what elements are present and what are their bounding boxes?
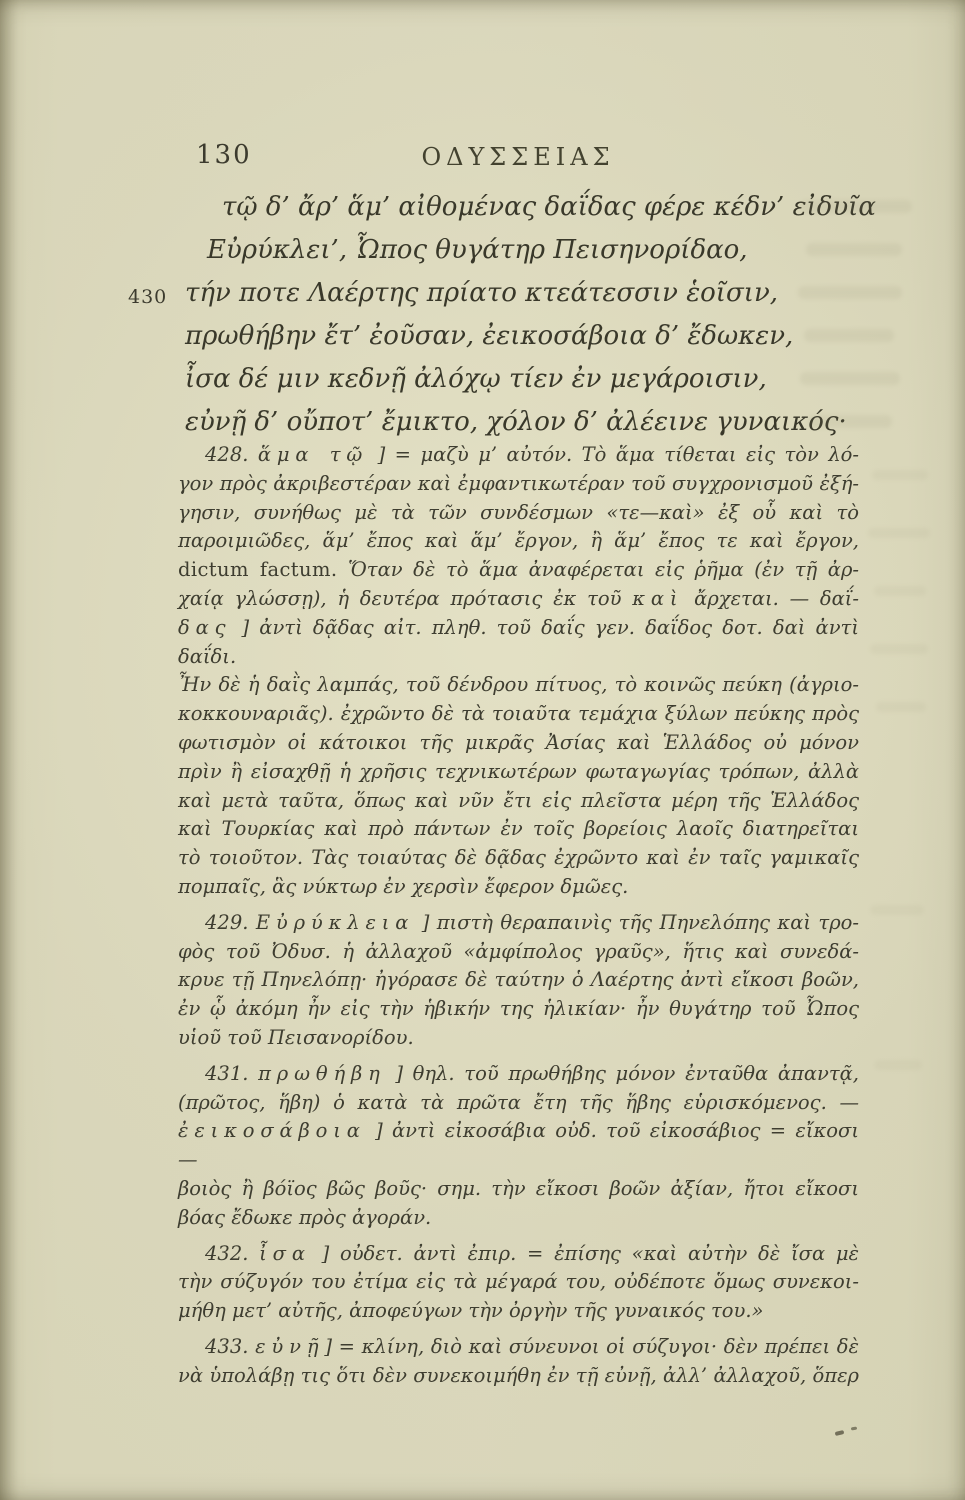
commentary-segment: καὶ Τουρκίας καὶ πρὸ πάντων ἐν τοῖς βορε… xyxy=(178,817,859,840)
commentary-segment: 432. xyxy=(205,1242,259,1265)
commentary-entry-429: 429. Εὐρύκλεια ] πιστὴ θεραπαινὶς τῆς Πη… xyxy=(178,909,859,1053)
commentary-segment: ] θηλ. τοῦ πρωθήβης μόνον ἐνταῦθα ἀπαντᾷ… xyxy=(386,1062,859,1085)
commentary-segment: βόας ἔδωκε πρὸς ἀγοράν. xyxy=(178,1206,431,1229)
lemma-text: εὐνῇ xyxy=(255,1335,324,1358)
commentary-segment: ἐν ᾧ ἀκόμη ἦν εἰς τὴν ἡβικήν της ἡλικίαν… xyxy=(178,997,859,1020)
verse-line-text: Εὐρύκλει’, Ὦπος θυγάτηρ Πεισηνορίδαο, xyxy=(185,235,748,265)
commentary-segment: ] = κλίνη, διὸ καὶ σύνευνοι οἱ σύζυγοι· … xyxy=(324,1335,859,1358)
commentary-line: παροιμιῶδες, ἅμ’ ἔπος καὶ ἅμ’ ἔργον, ἢ ἅ… xyxy=(178,527,859,556)
ink-speck xyxy=(851,1427,857,1431)
commentary-line: τὸ τοιοῦτον. Τὰς τοιαύτας δὲ δᾷδας ἐχρῶν… xyxy=(178,844,859,873)
commentary-line: dictum factum. Ὅταν δὲ τὸ ἅμα ἀναφέρεται… xyxy=(178,556,859,585)
commentary-segment: φὸς τοῦ Ὀδυσ. ἡ ἀλλαχοῦ «ἀμφίπολος γραῦς… xyxy=(178,940,859,963)
bleed-through-mark xyxy=(874,586,926,596)
commentary-segment: γον πρὸς ἀκριβεστέραν καὶ ἐμφαντικωτέραν… xyxy=(178,472,859,495)
commentary-line: 428. ἅμα τῷ ] = μαζὺ μ’ αὐτόν. Τὸ ἅμα τί… xyxy=(178,441,859,470)
commentary-segment: πομπαῖς, ἃς νύκτωρ ἐν χερσὶν ἔφερον δμῶε… xyxy=(178,875,628,898)
commentary-segment: 429. xyxy=(205,911,256,934)
commentary-segment: κοκκουναριᾶς). ἐχρῶντο δὲ τὰ τοιαῦτα τεμ… xyxy=(178,702,859,725)
commentary-segment: βοιὸς ἢ βόϊος βῶς βοῦς· σημ. τὴν εἴκοσι … xyxy=(178,1177,859,1200)
commentary-segment: πρὶν ἢ εἰσαχθῇ ἡ χρῆσις τεχνικωτέρων φωτ… xyxy=(178,760,859,783)
verse-block: τῷ δ’ ἄρ’ ἅμ’ αἰθομένας δαΐδας φέρε κέδν… xyxy=(185,186,857,444)
verse-line: πρωθήβην ἔτ’ ἐοῦσαν, ἐεικοσάβοια δ’ ἔδωκ… xyxy=(185,315,857,358)
commentary-line: μήθη μετ’ αὐτῆς, ἀποφεύγων τὴν ὀργὴν τῆς… xyxy=(178,1297,859,1326)
lemma-text: ἶσα xyxy=(259,1242,311,1265)
commentary-segment: ] ἀντὶ δᾷδας αἰτ. πληθ. τοῦ δαΐς γεν. δα… xyxy=(178,616,859,668)
commentary-line: 432. ἶσα ] οὐδετ. ἀντὶ ἐπιρ. = ἐπίσης «κ… xyxy=(178,1240,859,1269)
bleed-through-mark xyxy=(876,702,926,712)
commentary-line: βόας ἔδωκε πρὸς ἀγοράν. xyxy=(178,1204,859,1233)
commentary-line: γον πρὸς ἀκριβεστέραν καὶ ἐμφαντικωτέραν… xyxy=(178,470,859,499)
commentary-line: Ἦν δὲ ἡ δαῒς λαμπάς, τοῦ δένδρου πίτυος,… xyxy=(178,671,859,700)
commentary-line: 431. πρωθήβη ] θηλ. τοῦ πρωθήβης μόνον ἐ… xyxy=(178,1060,859,1089)
commentary-segment: κρυε τῇ Πηνελόπῃ· ἠγόρασε δὲ ταύτην ὁ Λα… xyxy=(178,968,859,991)
bleed-through-mark xyxy=(874,1060,922,1070)
ink-speck xyxy=(835,1430,845,1436)
commentary-entry-433: 433. εὐνῇ] = κλίνη, διὸ καὶ σύνευνοι οἱ … xyxy=(178,1333,859,1391)
commentary-entry-431: 431. πρωθήβη ] θηλ. τοῦ πρωθήβης μόνον ἐ… xyxy=(178,1060,859,1233)
lemma-text: καὶ xyxy=(632,587,683,610)
commentary-segment: γησιν, συνήθως μὲ τὰ τῶν συνδέσμων «τε—κ… xyxy=(178,501,859,524)
commentary-line: 429. Εὐρύκλεια ] πιστὴ θεραπαινὶς τῆς Πη… xyxy=(178,909,859,938)
verse-line-text: τήν ποτε Λαέρτης πρίατο κτεάτεσσιν ἑοῖσι… xyxy=(185,278,778,308)
commentary-segment: ] = μαζὺ μ’ αὐτόν. Τὸ ἅμα τίθεται εἰς τὸ… xyxy=(368,443,859,466)
commentary-line: πομπαῖς, ἃς νύκτωρ ἐν χερσὶν ἔφερον δμῶε… xyxy=(178,873,859,902)
commentary-line: φωτισμὸν οἱ κάτοικοι τῆς μικρᾶς Ἀσίας κα… xyxy=(178,729,859,758)
verse-line-text: τῷ δ’ ἄρ’ ἅμ’ αἰθομένας δαΐδας φέρε κέδν… xyxy=(185,192,876,222)
commentary-segment: Ὅταν δὲ τὸ ἅμα ἀναφέρεται εἰς ῥῆμα (ἐν τ… xyxy=(337,558,859,581)
commentary-segment: (πρῶτος, ἥβη) ὁ κατὰ τὰ πρῶτα ἔτη τῆς ἥβ… xyxy=(178,1091,859,1114)
commentary-line: χαίᾳ γλώσσῃ), ἡ δευτέρα πρότασις ἐκ τοῦ … xyxy=(178,585,859,614)
commentary-line: (πρῶτος, ἥβη) ὁ κατὰ τὰ πρῶτα ἔτη τῆς ἥβ… xyxy=(178,1089,859,1118)
commentary-segment: 428. xyxy=(205,443,258,466)
commentary-line: φὸς τοῦ Ὀδυσ. ἡ ἀλλαχοῦ «ἀμφίπολος γραῦς… xyxy=(178,938,859,967)
lemma-text: Εὐρύκλεια xyxy=(256,911,414,934)
commentary-segment: τὴν σύζυγόν του ἐτίμα εἰς τὰ μέγαρά του,… xyxy=(178,1270,859,1293)
commentary-line: υἱοῦ τοῦ Πεισανορίδου. xyxy=(178,1024,859,1053)
commentary-line: ἐν ᾧ ἀκόμη ἦν εἰς τὴν ἡβικήν της ἡλικίαν… xyxy=(178,995,859,1024)
commentary-line: καὶ Τουρκίας καὶ πρὸ πάντων ἐν τοῖς βορε… xyxy=(178,815,859,844)
commentary-segment: τὸ τοιοῦτον. Τὰς τοιαύτας δὲ δᾷδας ἐχρῶν… xyxy=(178,846,859,869)
commentary-line: ἐεικοσάβοια ] ἀντὶ εἰκοσάβια οὐδ. τοῦ εἰ… xyxy=(178,1117,859,1175)
verse-line-text: εὐνῇ δ’ οὔποτ’ ἔμικτο, χόλον δ’ ἀλέεινε … xyxy=(185,407,847,437)
commentary-entry-428: 428. ἅμα τῷ ] = μαζὺ μ’ αὐτόν. Τὸ ἅμα τί… xyxy=(178,441,859,902)
bleed-through-mark xyxy=(870,644,928,654)
commentary-segment: ἄρχεται. — δαΐ- xyxy=(683,587,859,610)
commentary-line: κρυε τῇ Πηνελόπῃ· ἠγόρασε δὲ ταύτην ὁ Λα… xyxy=(178,966,859,995)
verse-line: εὐνῇ δ’ οὔποτ’ ἔμικτο, χόλον δ’ ἀλέεινε … xyxy=(185,401,857,444)
verse-line-text: πρωθήβην ἔτ’ ἐοῦσαν, ἐεικοσάβοια δ’ ἔδωκ… xyxy=(185,321,793,351)
commentary-line: βοιὸς ἢ βόϊος βῶς βοῦς· σημ. τὴν εἴκοσι … xyxy=(178,1175,859,1204)
verse-line: 430τήν ποτε Λαέρτης πρίατο κτεάτεσσιν ἑο… xyxy=(185,272,857,315)
commentary-segment: Ἦν δὲ ἡ δαῒς λαμπάς, τοῦ δένδρου πίτυος,… xyxy=(178,673,859,696)
bleed-through-mark xyxy=(870,905,924,915)
commentary-segment: υἱοῦ τοῦ Πεισανορίδου. xyxy=(178,1026,414,1049)
verse-line: Εὐρύκλει’, Ὦπος θυγάτηρ Πεισηνορίδαο, xyxy=(185,229,857,272)
commentary-line: νὰ ὑπολάβῃ τις ὅτι δὲν συνεκοιμήθη ἐν τῇ… xyxy=(178,1362,859,1391)
commentary-segment: χαίᾳ γλώσσῃ), ἡ δευτέρα πρότασις ἐκ τοῦ xyxy=(178,587,632,610)
commentary-segment: νὰ ὑπολάβῃ τις ὅτι δὲν συνεκοιμήθη ἐν τῇ… xyxy=(178,1364,859,1387)
commentary-line: πρὶν ἢ εἰσαχθῇ ἡ χρῆσις τεχνικωτέρων φωτ… xyxy=(178,758,859,787)
commentary-line: καὶ μετὰ ταῦτα, ὅπως καὶ νῦν ἔτι εἰς πλε… xyxy=(178,787,859,816)
bleed-through-mark xyxy=(872,470,928,480)
commentary-line: τὴν σύζυγόν του ἐτίμα εἰς τὰ μέγαρά του,… xyxy=(178,1268,859,1297)
commentary-segment: ] πιστὴ θεραπαινὶς τῆς Πηνελόπης καὶ τρο… xyxy=(414,911,859,934)
commentary-segment: 431. xyxy=(205,1062,258,1085)
commentary-block: 428. ἅμα τῷ ] = μαζὺ μ’ αὐτόν. Τὸ ἅμα τί… xyxy=(178,441,859,1391)
verse-line-text: ἶσα δέ μιν κεδνῇ ἀλόχῳ τίεν ἐν μεγάροισι… xyxy=(185,364,767,394)
commentary-segment: καὶ μετὰ ταῦτα, ὅπως καὶ νῦν ἔτι εἰς πλε… xyxy=(178,789,859,812)
commentary-segment: μήθη μετ’ αὐτῆς, ἀποφεύγων τὴν ὀργὴν τῆς… xyxy=(178,1299,763,1322)
lemma-text: ἅμα τῷ xyxy=(258,443,368,466)
running-header: ΟΔΥΣΣΕΙΑΣ xyxy=(178,143,858,171)
lemma-text: ἐεικοσάβοια xyxy=(178,1119,366,1142)
commentary-segment: παροιμιῶδες, ἅμ’ ἔπος καὶ ἅμ’ ἔργον, ἢ ἅ… xyxy=(178,529,859,552)
bleed-through-mark xyxy=(868,528,930,538)
scanned-book-page: 130 ΟΔΥΣΣΕΙΑΣ τῷ δ’ ἄρ’ ἅμ’ αἰθομένας δα… xyxy=(0,0,965,1500)
commentary-line: κοκκουναριᾶς). ἐχρῶντο δὲ τὰ τοιαῦτα τεμ… xyxy=(178,700,859,729)
commentary-segment: ] οὐδετ. ἀντὶ ἐπιρ. = ἐπίσης «καὶ αὐτὴν … xyxy=(311,1242,859,1265)
commentary-entry-432: 432. ἶσα ] οὐδετ. ἀντὶ ἐπιρ. = ἐπίσης «κ… xyxy=(178,1240,859,1326)
commentary-segment: 433. xyxy=(205,1335,255,1358)
verse-line: τῷ δ’ ἄρ’ ἅμ’ αἰθομένας δαΐδας φέρε κέδν… xyxy=(185,186,857,229)
commentary-line: γησιν, συνήθως μὲ τὰ τῶν συνδέσμων «τε—κ… xyxy=(178,499,859,528)
commentary-line: δας ] ἀντὶ δᾷδας αἰτ. πληθ. τοῦ δαΐς γεν… xyxy=(178,614,859,672)
commentary-segment: dictum factum. xyxy=(178,558,337,581)
verse-line-number: 430 xyxy=(128,276,167,319)
commentary-line: 433. εὐνῇ] = κλίνη, διὸ καὶ σύνευνοι οἱ … xyxy=(178,1333,859,1362)
lemma-text: πρωθήβη xyxy=(258,1062,386,1085)
lemma-text: δας xyxy=(178,616,231,639)
verse-line: ἶσα δέ μιν κεδνῇ ἀλόχῳ τίεν ἐν μεγάροισι… xyxy=(185,358,857,401)
commentary-segment: φωτισμὸν οἱ κάτοικοι τῆς μικρᾶς Ἀσίας κα… xyxy=(178,731,859,754)
